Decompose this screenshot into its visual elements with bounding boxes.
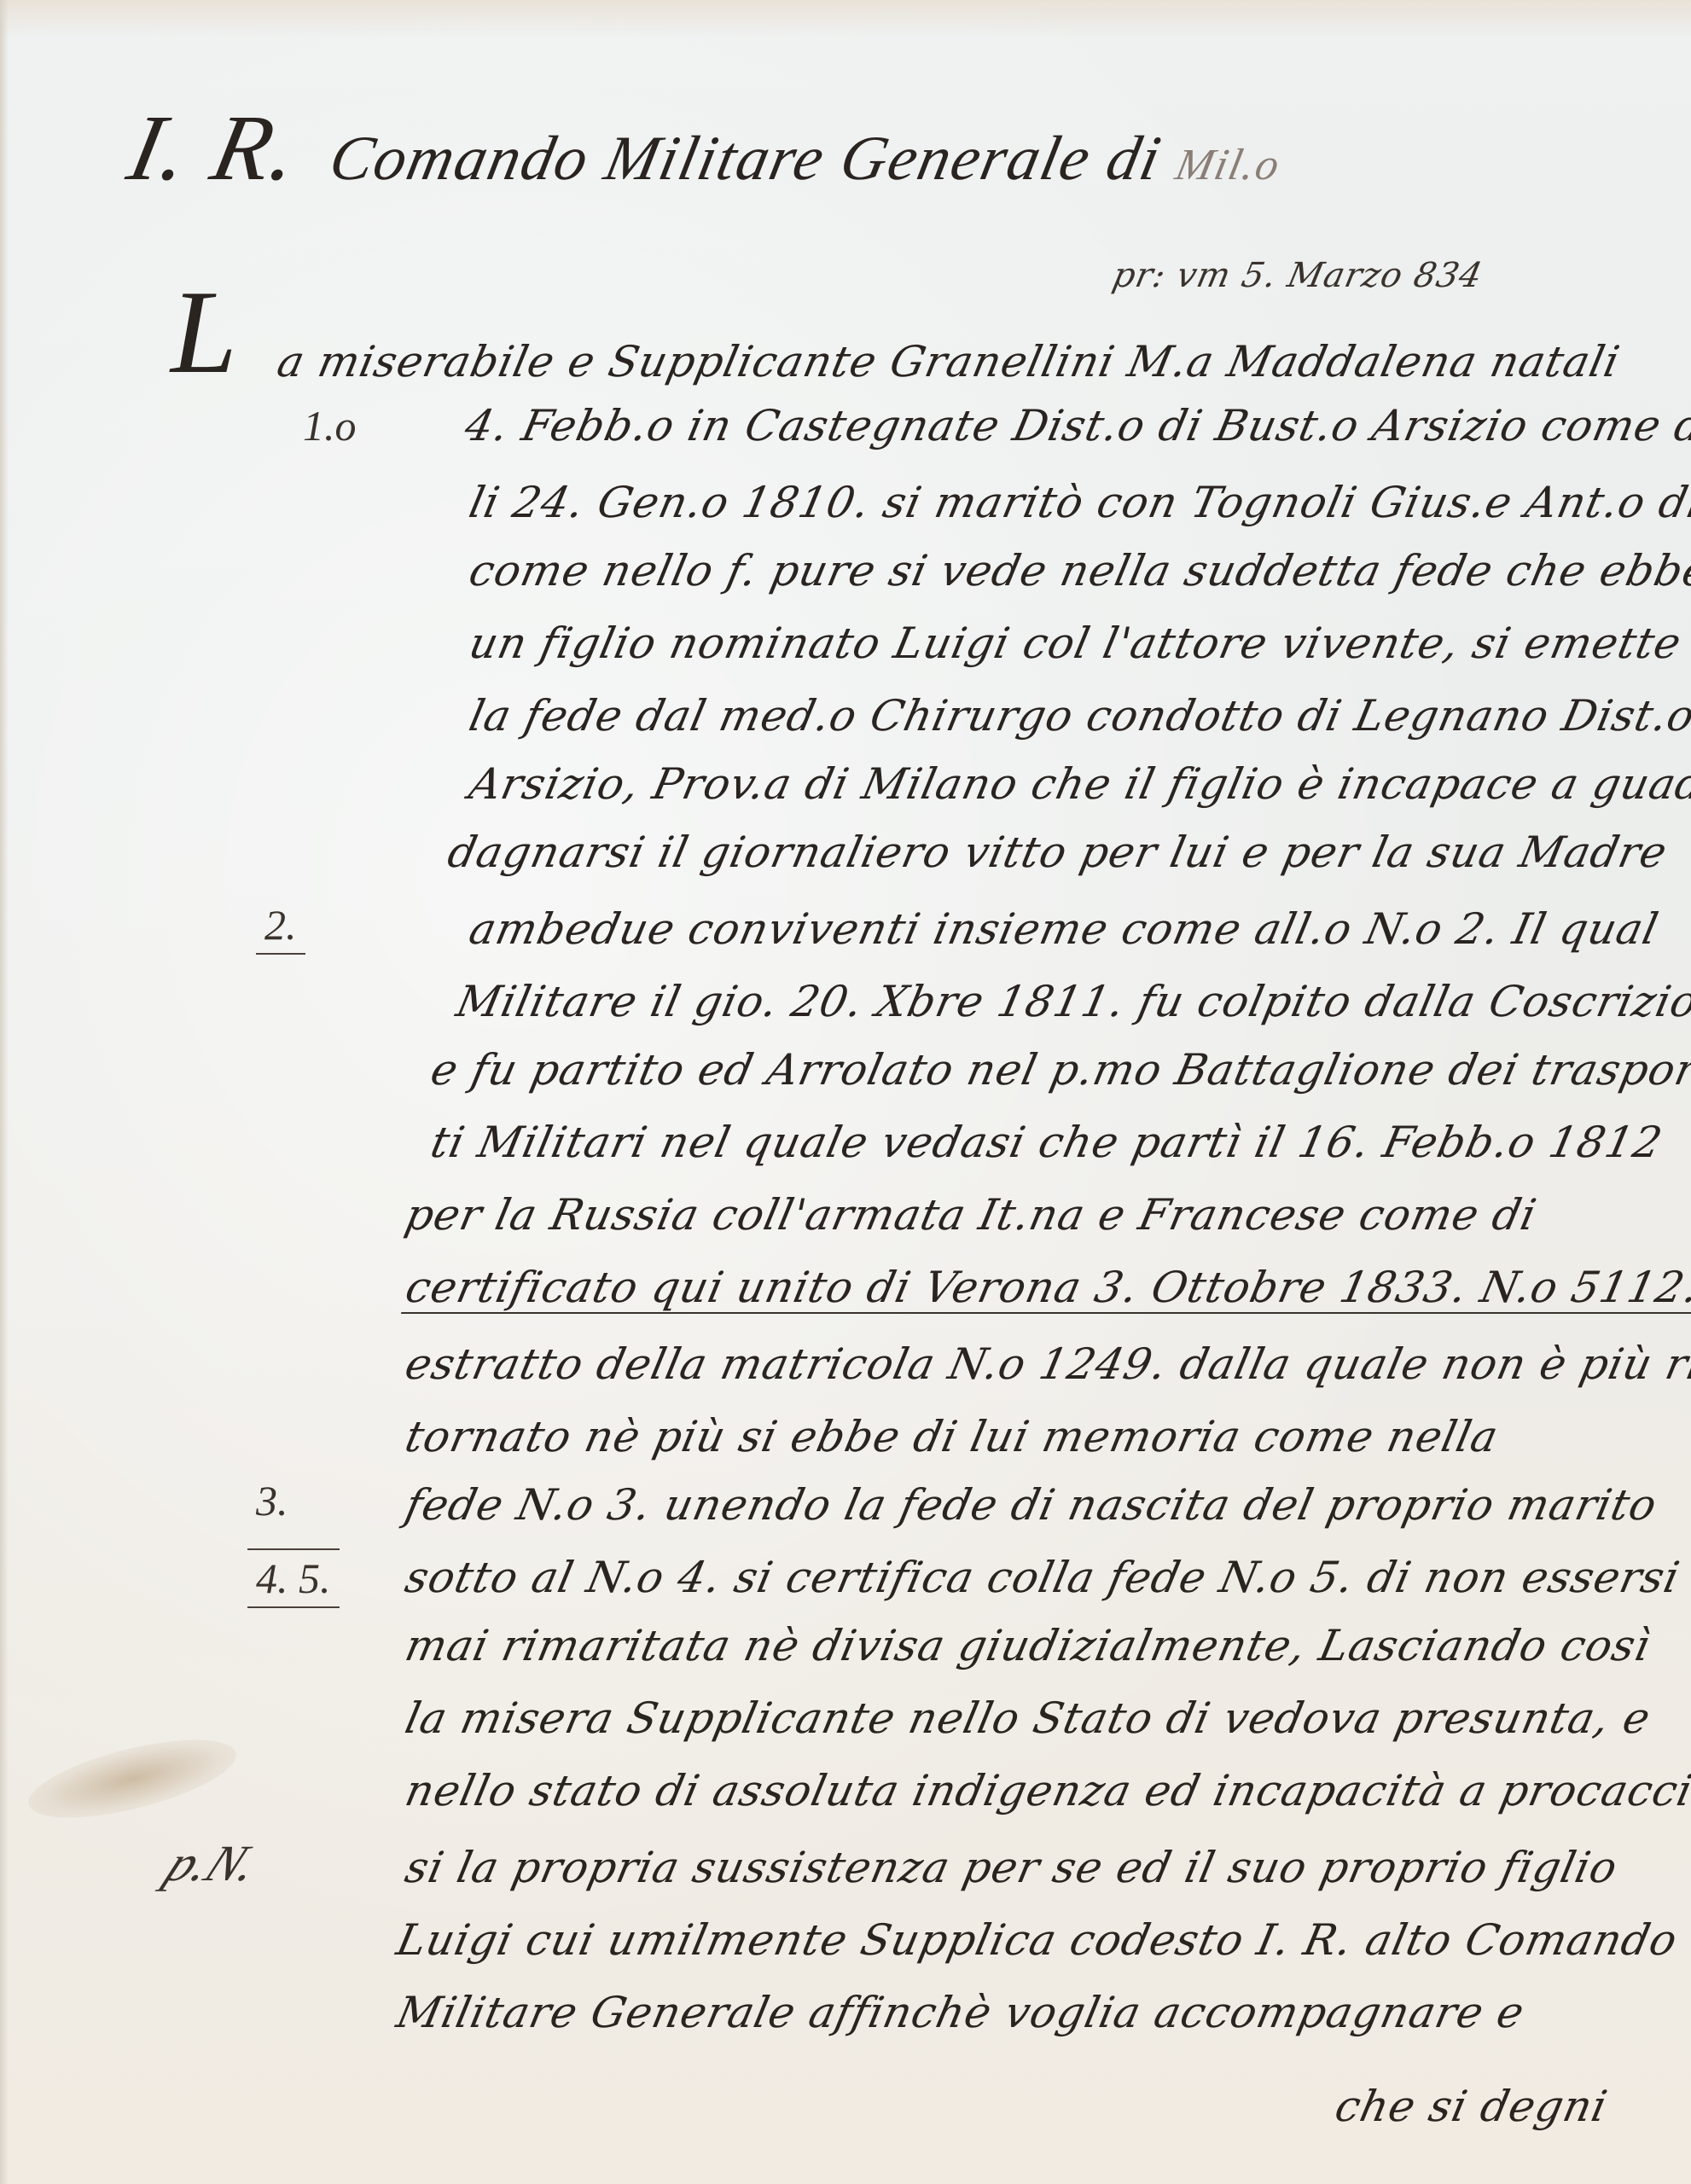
heading-suffix: Mil.o: [1171, 141, 1285, 189]
body-line-25: che si degni: [1331, 2082, 1612, 2131]
body-line-19: mai rimaritata nè divisa giudizialmente,…: [401, 1621, 1655, 1670]
body-line-13: per la Russia coll'armata It.na e France…: [401, 1190, 1541, 1240]
body-line-5: un figlio nominato Luigi col l'attore vi…: [465, 619, 1686, 668]
body-line-15: estratto della matricola N.o 1249. dalla…: [401, 1339, 1691, 1389]
heading-text: Comando Militare Generale di: [323, 124, 1167, 194]
margin-number-3: 3.: [256, 1476, 288, 1525]
body-line-11: e fu partito ed Arrolato nel p.mo Battag…: [427, 1045, 1691, 1095]
decorated-initial: L: [171, 273, 237, 392]
document-page: I. R. Comando Militare Generale di Mil.o…: [0, 0, 1691, 2184]
date-line: pr: vm 5. Marzo 834: [1109, 256, 1486, 295]
page-top-edge: [0, 0, 1691, 38]
body-line-2: 4. Febb.o in Castegnate Dist.o di Bust.o…: [461, 401, 1691, 450]
margin-number-2: 2.: [256, 900, 305, 955]
margin-number-1: 1.o: [303, 401, 357, 450]
body-line-4: come nello f. pure si vede nella suddett…: [465, 546, 1691, 595]
body-line-14: certificato qui unito di Verona 3. Ottob…: [401, 1263, 1691, 1314]
document-heading: I. R. Comando Militare Generale di Mil.o: [119, 94, 1295, 202]
body-line-24: Militare Generale affinchè voglia accomp…: [392, 1988, 1529, 2037]
ink-stain: [21, 1724, 243, 1833]
body-line-3: li 24. Gen.o 1810. si maritò con Tognoli…: [465, 478, 1691, 527]
page-left-edge: [0, 0, 9, 2184]
body-line-7: Arsizio, Prov.a di Milano che il figlio …: [465, 759, 1691, 809]
body-line-17: fede N.o 3. unendo la fede di nascita de…: [401, 1480, 1661, 1530]
body-line-23: Luigi cui umilmente Supplica codesto I. …: [392, 1915, 1682, 1965]
body-line-6: la fede dal med.o Chirurgo condotto di L…: [465, 691, 1691, 741]
body-line-12: ti Militari nel quale vedasi che partì i…: [427, 1118, 1667, 1167]
body-line-22: si la propria sussistenza per se ed il s…: [401, 1843, 1622, 1892]
body-line-4-text: come nello f. pure si vede nella suddett…: [465, 546, 1691, 595]
margin-number-4-5: 4. 5.: [247, 1548, 340, 1608]
body-line-18: sotto al N.o 4. si certifica colla fede …: [401, 1553, 1684, 1602]
body-line-10: Militare il gio. 20. Xbre 1811. fu colpi…: [452, 977, 1691, 1026]
heading-abbreviation: I. R.: [120, 96, 310, 200]
margin-scribble: p.N.: [157, 1834, 270, 1893]
body-line-8: dagnarsi il giornaliero vitto per lui e …: [444, 828, 1672, 877]
body-line-1: a miserabile e Supplicante Granellini M.…: [273, 337, 1624, 386]
body-line-20: la misera Supplicante nello Stato di ved…: [401, 1693, 1655, 1743]
body-line-16: tornato nè più si ebbe di lui memoria co…: [401, 1412, 1503, 1461]
body-line-21: nello stato di assoluta indigenza ed inc…: [401, 1766, 1691, 1815]
body-line-9: ambedue conviventi insieme come all.o N.…: [465, 904, 1663, 954]
